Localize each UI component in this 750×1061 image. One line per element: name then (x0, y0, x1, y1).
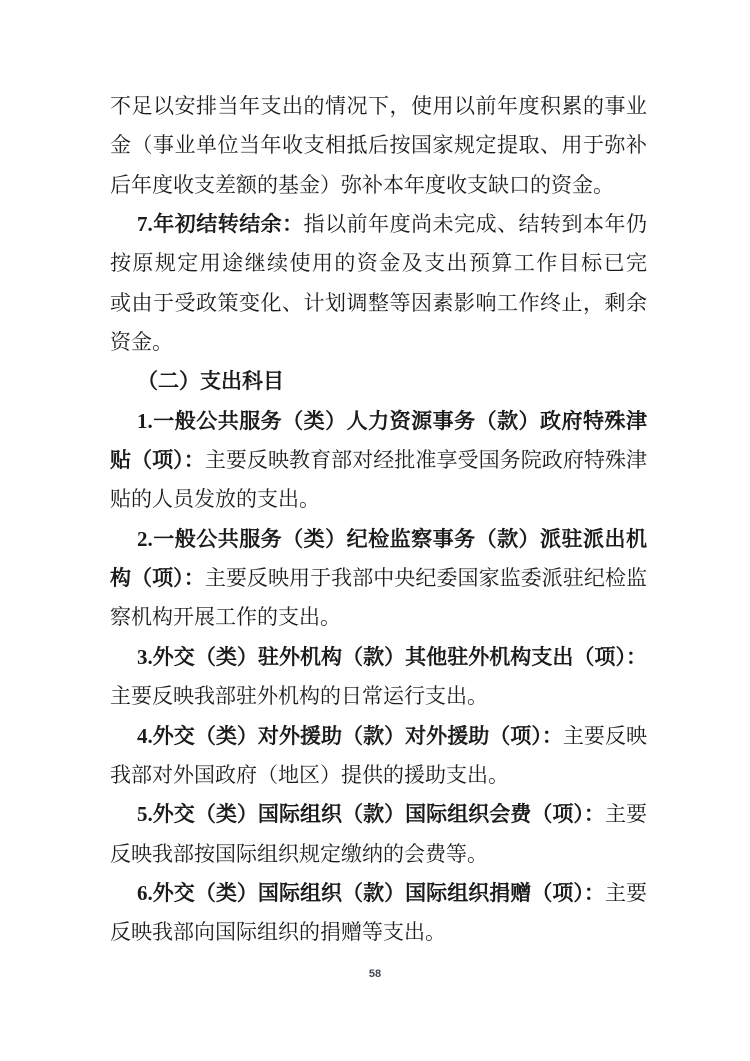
text-segment: 主要 (605, 881, 647, 905)
text-segment: 或由于受政策变化、计划调整等因素影响工作终止，剩余的 (110, 291, 647, 323)
text-segment: 后年度收支差额的基金）弥补本年度收支缺口的资金。 (110, 173, 614, 197)
text-line: 反映我部向国际组织的捐赠等支出。 (110, 913, 647, 952)
text-segment: 贴的人员发放的支出。 (110, 487, 320, 511)
text-line: 资金。 (110, 323, 647, 362)
bold-text-segment: 7.年初结转结余： (137, 212, 304, 236)
text-segment: 反映我部向国际组织的捐赠等支出。 (110, 920, 446, 944)
text-segment: 主要反映我部驻外机构的日常运行支出。 (110, 684, 488, 708)
text-segment: 我部对外国政府（地区）提供的援助支出。 (110, 763, 509, 787)
text-line: 3.外交（类）驻外机构（款）其他驻外机构支出（项）： (110, 638, 647, 677)
document-body: 不足以安排当年支出的情况下，使用以前年度积累的事业基金（事业单位当年收支相抵后按… (110, 87, 647, 953)
text-line: 构（项）：主要反映用于我部中央纪委国家监委派驻纪检监 (110, 559, 647, 598)
text-line: （二）支出科目 (110, 362, 647, 401)
text-line: 或由于受政策变化、计划调整等因素影响工作终止，剩余的 (110, 284, 647, 323)
text-segment: 察机构开展工作的支出。 (110, 605, 341, 629)
text-segment: 反映我部按国际组织规定缴纳的会费等。 (110, 842, 488, 866)
bold-text-segment: 3.外交（类）驻外机构（款）其他驻外机构支出（项）： (137, 645, 647, 669)
text-line: 2.一般公共服务（类）纪检监察事务（款）派驻派出机 (110, 520, 647, 559)
text-segment: 指以前年度尚未完成、结转到本年仍 (304, 212, 647, 236)
text-line: 按原规定用途继续使用的资金及支出预算工作目标已完成， (110, 244, 647, 283)
text-line: 不足以安排当年支出的情况下，使用以前年度积累的事业基 (110, 87, 647, 126)
text-line: 主要反映我部驻外机构的日常运行支出。 (110, 677, 647, 716)
bold-text-segment: 构（项）： (110, 566, 205, 590)
bold-text-segment: 贴（项）： (110, 448, 205, 472)
bold-text-segment: 5.外交（类）国际组织（款）国际组织会费（项）： (137, 802, 605, 826)
bold-text-segment: 6.外交（类）国际组织（款）国际组织捐赠（项）： (137, 881, 605, 905)
text-line: 后年度收支差额的基金）弥补本年度收支缺口的资金。 (110, 166, 647, 205)
text-segment: 按原规定用途继续使用的资金及支出预算工作目标已完成， (110, 251, 647, 283)
bold-text-segment: 1.一般公共服务（类）人力资源事务（款）政府特殊津 (137, 409, 647, 433)
text-segment: 主要 (605, 802, 647, 826)
text-line: 察机构开展工作的支出。 (110, 598, 647, 637)
text-segment: 不足以安排当年支出的情况下，使用以前年度积累的事业基 (110, 94, 647, 126)
text-segment: 主要反映 (563, 724, 647, 748)
text-segment: 主要反映教育部对经批准享受国务院政府特殊津 (205, 448, 647, 472)
text-line: 贴（项）：主要反映教育部对经批准享受国务院政府特殊津 (110, 441, 647, 480)
text-line: 4.外交（类）对外援助（款）对外援助（项）：主要反映 (110, 717, 647, 756)
text-segment: 金（事业单位当年收支相抵后按国家规定提取、用于弥补以 (110, 133, 647, 165)
text-line: 7.年初结转结余：指以前年度尚未完成、结转到本年仍 (110, 205, 647, 244)
text-segment: 主要反映用于我部中央纪委国家监委派驻纪检监 (205, 566, 647, 590)
text-line: 我部对外国政府（地区）提供的援助支出。 (110, 756, 647, 795)
bold-text-segment: 2.一般公共服务（类）纪检监察事务（款）派驻派出机 (137, 527, 647, 551)
text-line: 6.外交（类）国际组织（款）国际组织捐赠（项）：主要 (110, 874, 647, 913)
text-line: 1.一般公共服务（类）人力资源事务（款）政府特殊津 (110, 402, 647, 441)
bold-text-segment: 4.外交（类）对外援助（款）对外援助（项）： (137, 724, 563, 748)
text-line: 贴的人员发放的支出。 (110, 480, 647, 519)
text-line: 金（事业单位当年收支相抵后按国家规定提取、用于弥补以 (110, 126, 647, 165)
text-line: 反映我部按国际组织规定缴纳的会费等。 (110, 835, 647, 874)
text-segment: 资金。 (110, 330, 173, 354)
bold-text-segment: （二）支出科目 (137, 369, 284, 393)
page-number: 58 (0, 968, 750, 980)
document-page: 不足以安排当年支出的情况下，使用以前年度积累的事业基金（事业单位当年收支相抵后按… (0, 0, 750, 1061)
text-line: 5.外交（类）国际组织（款）国际组织会费（项）：主要 (110, 795, 647, 834)
